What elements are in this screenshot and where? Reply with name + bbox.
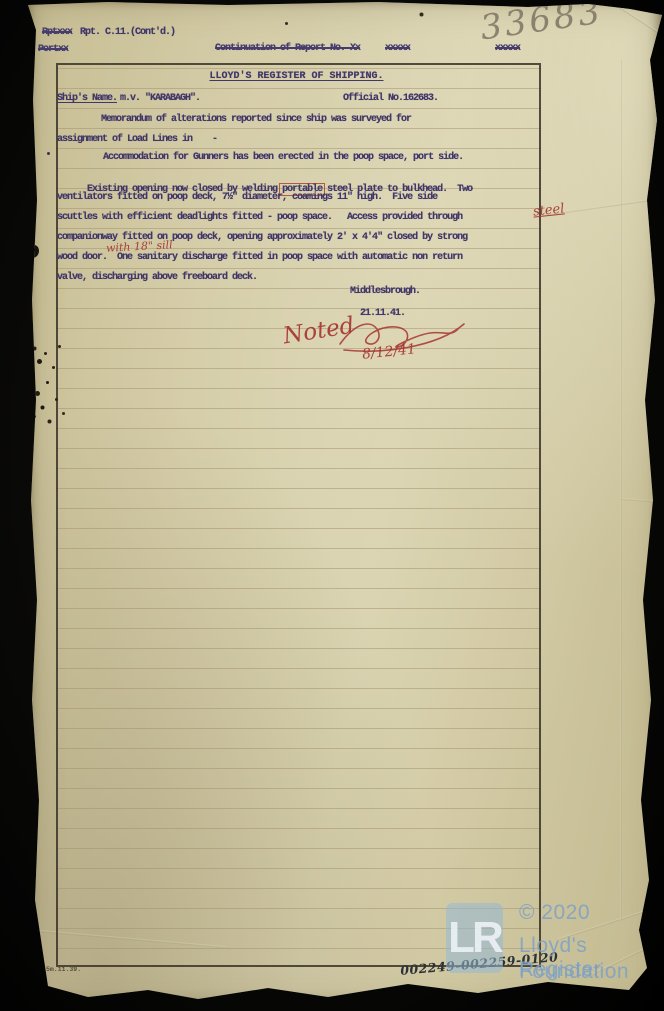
watermark-foundation: Foundation (519, 960, 629, 984)
document-paper: Rptxxx Rpt. C.11.(Cont'd.) Portxx Contin… (28, 0, 662, 1008)
red-insert-steel: steel (532, 201, 565, 219)
form-print-code: 5m.11.39. (46, 966, 81, 973)
body-line-1: Accommodation for Gunners has been erect… (103, 152, 463, 163)
body-line-4: scuttles with efficient deadlights fitte… (57, 212, 462, 223)
ink-spots (28, 0, 31, 3)
ship-name-value: m.v. "KARABAGH". (120, 93, 200, 104)
struck-text-x1: xxxxx (385, 43, 410, 54)
body-line-6: wood door. One sanitary discharge fitted… (57, 252, 462, 263)
document-title: LLOYD'S REGISTER OF SHIPPING. (56, 71, 537, 82)
struck-text-port: Portxx (38, 44, 68, 55)
ink-blob-lower-left (21, 817, 38, 834)
pencil-archive-number: 33683 (478, 0, 606, 48)
crease-right-low (620, 498, 664, 504)
struck-text-rpt: Rptxxx (42, 27, 72, 38)
ship-name-label: Ship's Name. (57, 93, 117, 104)
memo-line-1: Memorandum of alterations reported since… (101, 114, 411, 125)
memo-line-2: assignment of Load Lines in - (57, 134, 217, 145)
report-number-line: Rpt. C.11.(Cont'd.) (80, 27, 175, 38)
watermark-year: © 2020 (519, 901, 590, 925)
lr-logo-letters: LR (448, 913, 501, 963)
photo-background: Rptxxx Rpt. C.11.(Cont'd.) Portxx Contin… (0, 0, 664, 1011)
place-line: Middlesbrough. (350, 286, 420, 297)
official-number: Official No.162683. (343, 93, 438, 104)
ink-blob-left-margin (26, 245, 39, 258)
crease-fold-top-right (596, 0, 664, 63)
lr-foundation-logo: LR (446, 903, 503, 973)
body-line-3: ventilators fitted on poop deck, 7½" dia… (57, 192, 437, 203)
body-line-7: valve, discharging above freeboard deck. (57, 272, 257, 283)
crease-vertical-right (620, 60, 622, 920)
struck-text-continuation: Continuation of Report No. Xx (215, 43, 360, 54)
